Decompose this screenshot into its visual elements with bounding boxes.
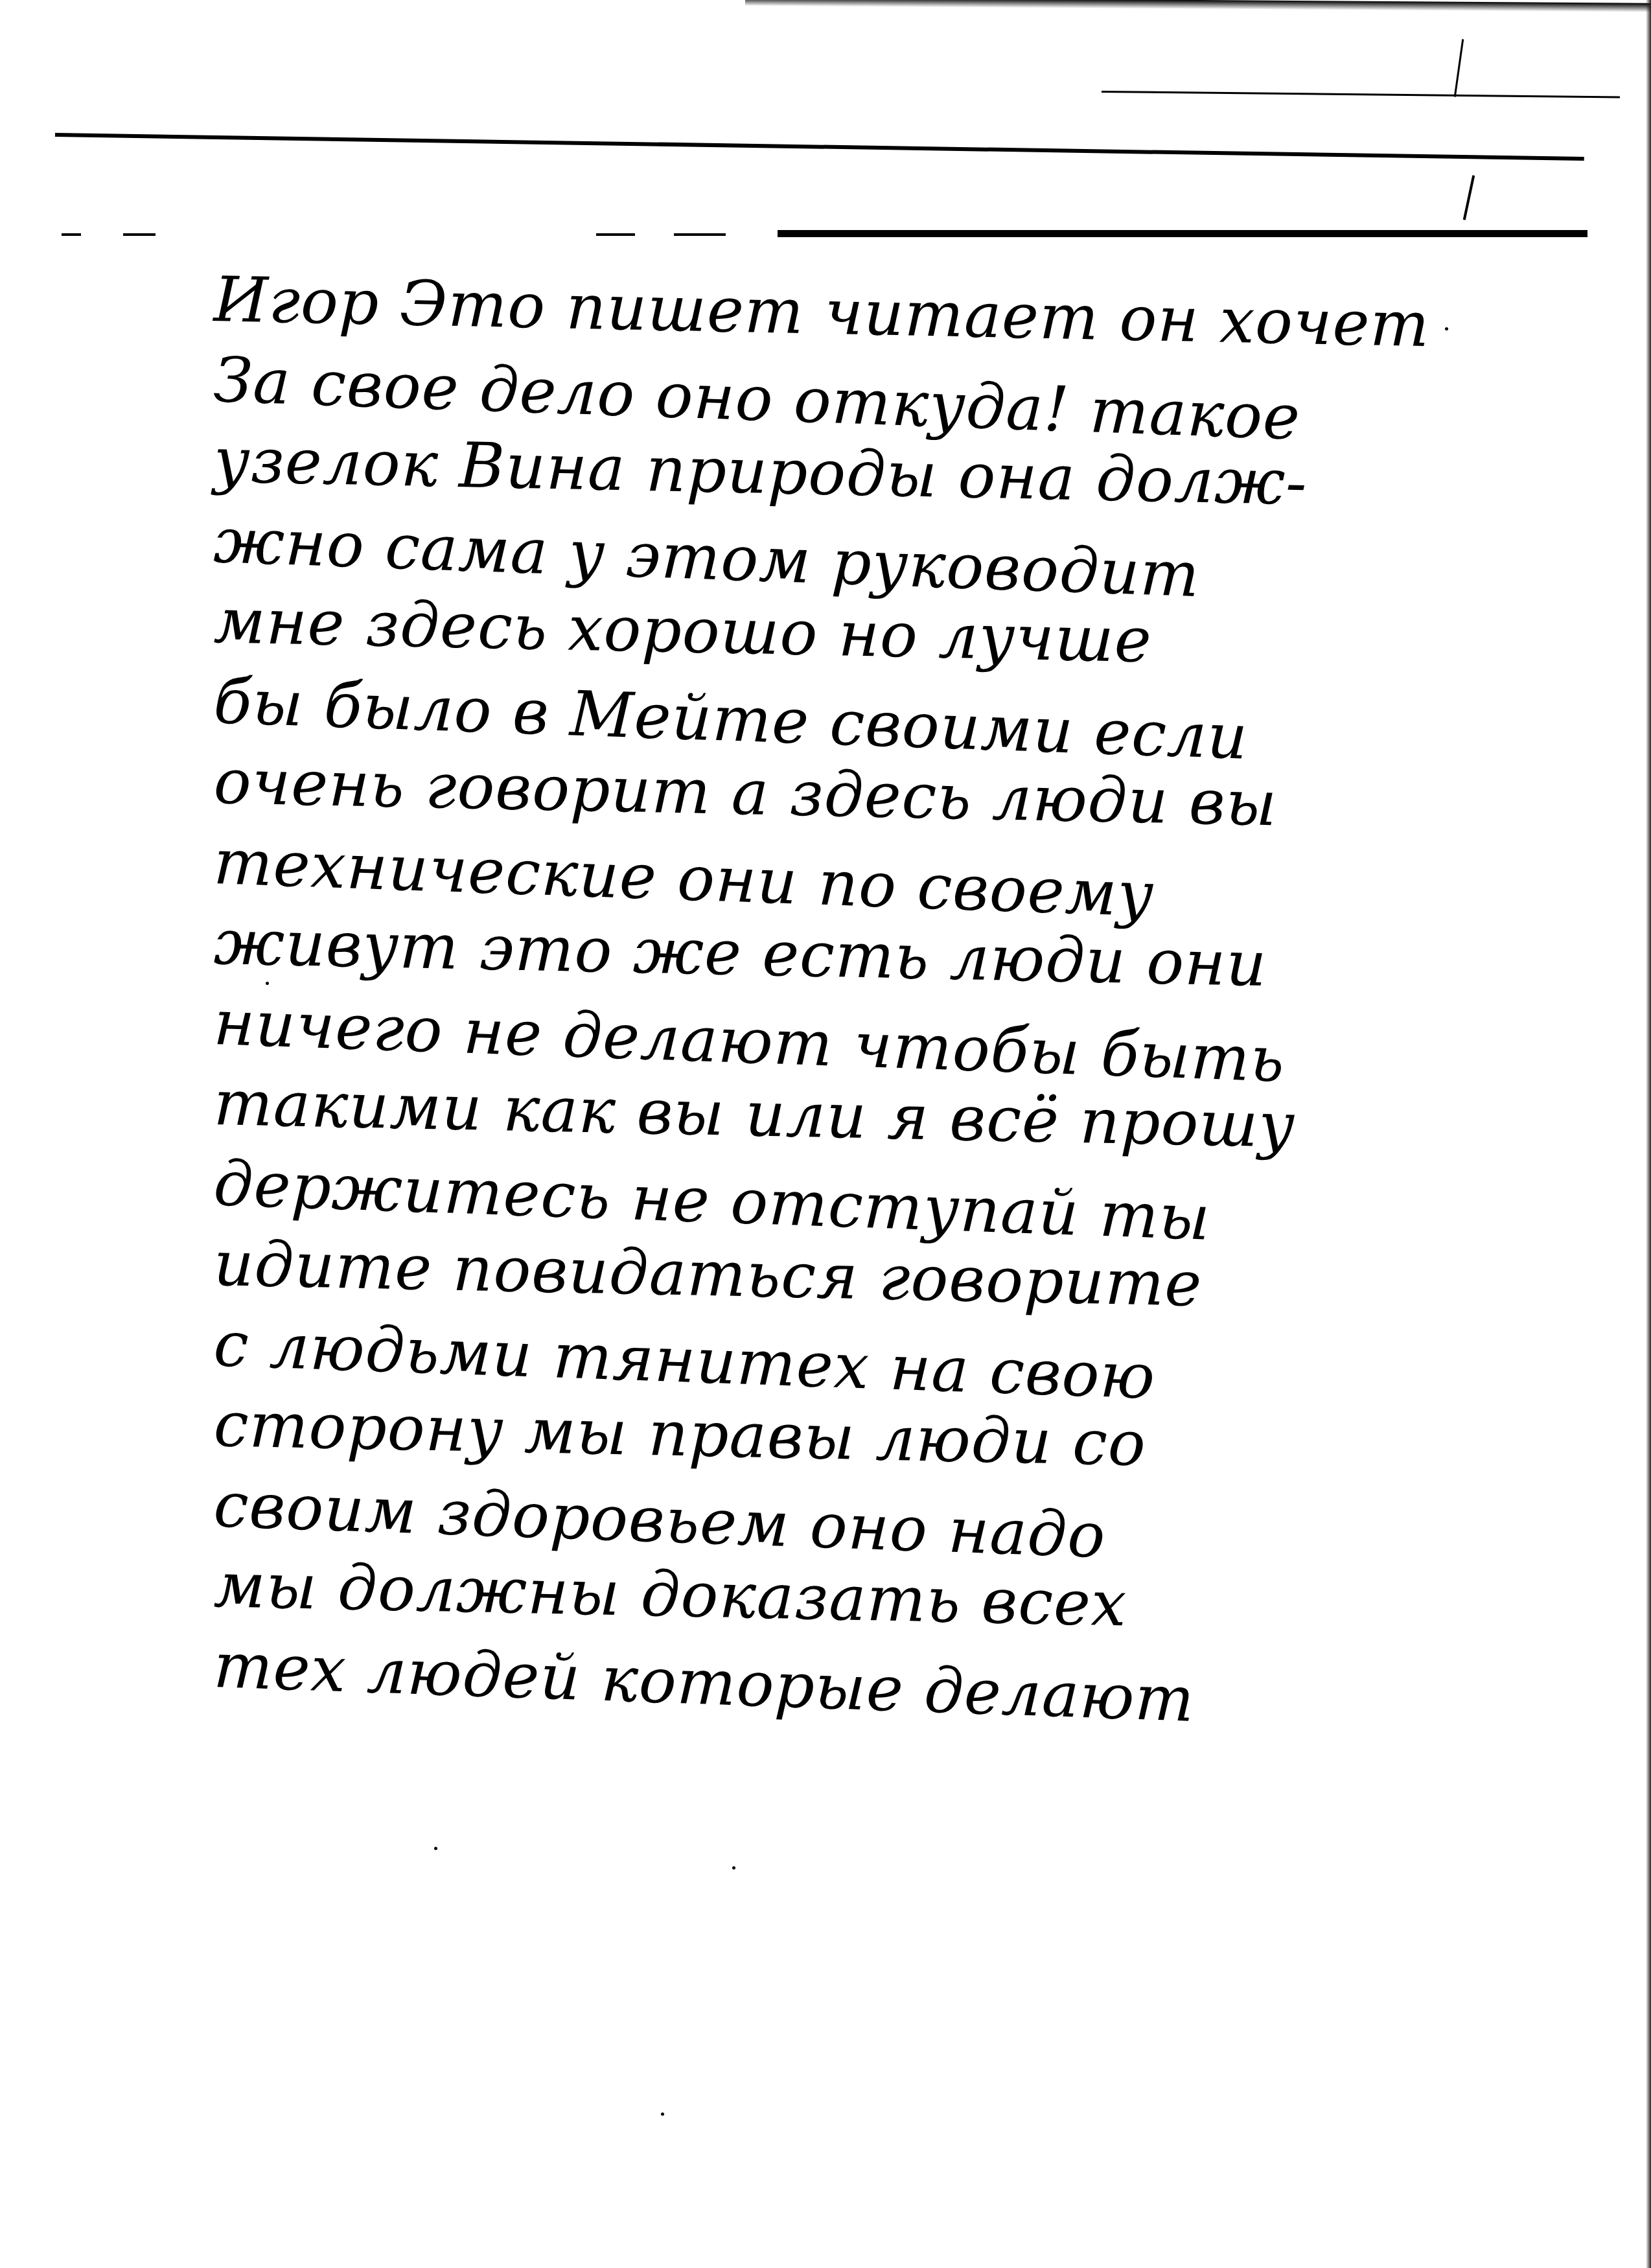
handwritten-text: Игор Это пишет читает он хочет За свое д… bbox=[214, 259, 1413, 1706]
dash-mark bbox=[123, 233, 156, 236]
header-rule-thick bbox=[778, 230, 1587, 237]
margin-mark bbox=[1454, 39, 1464, 97]
dash-mark bbox=[596, 233, 635, 236]
scan-top-edge bbox=[745, 0, 1651, 12]
scanned-page: Игор Это пишет читает он хочет За свое д… bbox=[0, 0, 1651, 2268]
ink-speck bbox=[1445, 327, 1448, 330]
header-rule-thin bbox=[1102, 91, 1620, 98]
ink-speck bbox=[732, 1866, 735, 1869]
ink-speck bbox=[661, 2112, 664, 2116]
dash-mark bbox=[62, 233, 81, 236]
ink-speck bbox=[434, 1847, 437, 1850]
dash-mark bbox=[674, 233, 726, 236]
margin-mark bbox=[1463, 175, 1475, 220]
scan-right-edge bbox=[1646, 0, 1651, 2268]
header-rule bbox=[55, 133, 1584, 161]
